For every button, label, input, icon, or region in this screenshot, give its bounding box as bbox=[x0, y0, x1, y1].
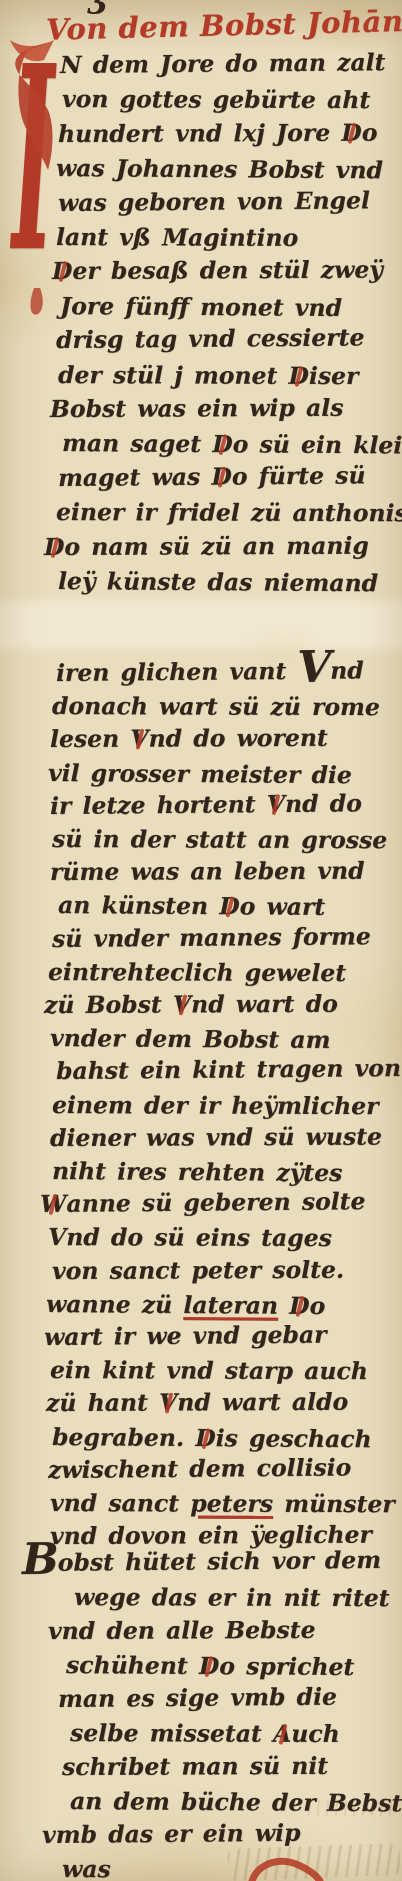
ink-bleedthrough-small bbox=[300, 1800, 395, 1816]
text-line: von gottes gebürte aht bbox=[62, 88, 370, 113]
text-line: ir letze hortent Vnd do bbox=[50, 792, 362, 818]
text-line: vnd den alle Bebste bbox=[48, 1619, 316, 1644]
text-segment: sü in der statt an grosse bbox=[52, 825, 387, 854]
text-line: leÿ künste das niemand bbox=[58, 570, 378, 596]
text-segment: niht ires rehten zÿtes bbox=[52, 1157, 343, 1187]
text-segment: nd wart aldo bbox=[177, 1388, 348, 1417]
text-segment bbox=[278, 1292, 289, 1320]
text-segment: iren glichen vant bbox=[56, 657, 298, 687]
text-segment: begraben. bbox=[52, 1423, 195, 1452]
text-segment: N dem Jore do man zalt bbox=[60, 48, 386, 79]
text-segment: Jore fünff monet vnd bbox=[60, 292, 342, 322]
text-segment: eintrehteclich gewelet bbox=[48, 958, 346, 987]
text-segment: man saget bbox=[62, 429, 212, 458]
text-segment: an künsten bbox=[58, 891, 219, 920]
text-line: selbe missetat Auch bbox=[70, 1722, 340, 1746]
text-line: wart ir we vnd gebar bbox=[44, 1324, 327, 1350]
text-segment: einem der ir heÿmlicher bbox=[52, 1091, 379, 1120]
rubricated-capital: D bbox=[341, 122, 361, 146]
text-segment: o sprichet bbox=[219, 1652, 354, 1681]
text-segment: o wart bbox=[240, 892, 326, 921]
text-segment: o bbox=[362, 119, 378, 147]
text-line: drisg tag vnd cessierte bbox=[56, 326, 365, 352]
text-line: vil grosser meister die bbox=[48, 762, 352, 788]
text-segment: anne sü geberen solte bbox=[66, 1187, 365, 1218]
rubricated-capital: V bbox=[130, 728, 148, 752]
text-segment: vnd sanct bbox=[50, 1489, 190, 1517]
text-segment: nd do worent bbox=[148, 724, 327, 753]
text-segment: donach wart sü zü rome bbox=[52, 692, 380, 721]
text-line: niht ires rehten zÿtes bbox=[52, 1160, 343, 1186]
text-segment: was Johannes Bobst vnd bbox=[56, 154, 383, 184]
text-line: bahst ein kint tragen von bbox=[56, 1057, 401, 1084]
text-segment: maget was bbox=[58, 463, 212, 492]
text-line: wege das er in nit ritet bbox=[74, 1586, 390, 1611]
text-segment: o bbox=[310, 1292, 326, 1320]
text-segment: von gottes gebürte aht bbox=[62, 85, 370, 114]
text-line: zü Bobst Vnd wart do bbox=[44, 993, 338, 1018]
text-line: eintrehteclich gewelet bbox=[48, 961, 346, 986]
rubricated-capital: V bbox=[267, 793, 285, 817]
text-segment: selbe missetat bbox=[70, 1719, 273, 1748]
text-line: was geboren von Engel bbox=[58, 189, 370, 215]
text-segment: iser bbox=[309, 362, 359, 390]
text-segment: nd do bbox=[285, 789, 362, 818]
text-line: lant vß Magintino bbox=[56, 226, 298, 250]
text-line: schribet man sü nit bbox=[62, 1755, 328, 1780]
text-line: vmb das er ein wip bbox=[42, 1822, 301, 1848]
text-line: vnder dem Bobst am bbox=[50, 1027, 331, 1052]
text-segment: hundert vnd lxj Jore bbox=[58, 119, 341, 148]
text-line: schühent Do sprichet bbox=[66, 1654, 354, 1680]
text-segment: lesen bbox=[50, 725, 130, 753]
text-segment: drisg tag vnd cessierte bbox=[56, 323, 365, 354]
text-line: iren glichen vant Vnd bbox=[56, 659, 364, 685]
text-line: von sanct peter solte. bbox=[52, 1259, 344, 1284]
rubricated-capital: V bbox=[173, 993, 191, 1017]
rubricated-capital: D bbox=[52, 260, 72, 284]
text-line: man saget Do sü ein klein bbox=[62, 432, 402, 458]
text-segment: sü vnder mannes forme bbox=[52, 922, 371, 953]
drop-initial: I bbox=[4, 38, 60, 338]
text-segment: vmb das er ein wip bbox=[42, 1819, 301, 1849]
red-underlined-word: peters bbox=[190, 1489, 273, 1517]
rubricated-capital: D bbox=[212, 433, 233, 457]
text-segment: schribet man sü nit bbox=[62, 1752, 328, 1781]
manuscript-page: ʒ Von dem Bobst Johānis I N dem Jore do … bbox=[0, 0, 402, 1881]
text-line: vnd sanct peters münster bbox=[50, 1492, 395, 1517]
text-segment: wanne zü bbox=[46, 1290, 184, 1319]
text-segment: leÿ künste das niemand bbox=[58, 567, 378, 597]
text-segment: schühent bbox=[66, 1651, 199, 1680]
rubricated-capital: D bbox=[195, 1427, 216, 1451]
text-segment: nd bbox=[330, 656, 364, 684]
text-segment: münster bbox=[273, 1490, 395, 1518]
text-line: was Johannes Bobst vnd bbox=[56, 157, 383, 183]
rubricated-capital: D bbox=[199, 1655, 220, 1679]
text-segment: man es sige vmb die bbox=[58, 1683, 337, 1713]
text-line: wanne zü lateran Do bbox=[46, 1293, 325, 1318]
text-segment: ein kint vnd starp auch bbox=[50, 1356, 368, 1385]
rubricated-capital: D bbox=[219, 895, 240, 919]
text-line: donach wart sü zü rome bbox=[52, 695, 380, 720]
text-segment: der stül j monet bbox=[58, 361, 289, 390]
rubricated-capital: A bbox=[273, 1723, 291, 1747]
red-underlined-word: lateran bbox=[183, 1291, 278, 1320]
text-line: Jore fünff monet vnd bbox=[60, 295, 342, 320]
text-line: Do nam sü zü an manig bbox=[44, 535, 369, 560]
text-line: vnd dovon ein ÿeglicher bbox=[50, 1524, 372, 1549]
text-segment: er besaß den stül zweÿ bbox=[72, 256, 383, 285]
text-segment: o sü ein klein bbox=[233, 430, 402, 459]
text-segment: rüme was an leben vnd bbox=[50, 857, 365, 886]
text-line: hundert vnd lxj Jore Do bbox=[58, 122, 378, 147]
rubricated-capital: W bbox=[40, 1193, 67, 1217]
text-segment: was geboren von Engel bbox=[58, 186, 370, 217]
text-line: ein kint vnd starp auch bbox=[50, 1359, 368, 1384]
text-line: Der besaß den stül zweÿ bbox=[52, 259, 383, 284]
text-segment: o fürte sü bbox=[232, 461, 366, 490]
text-segment: was bbox=[62, 1855, 111, 1881]
drop-initial-pennant-flourish bbox=[4, 38, 60, 338]
text-line: maget was Do fürte sü bbox=[58, 464, 366, 490]
text-segment: diener was vnd sü wuste bbox=[50, 1123, 382, 1152]
text-segment: einer ir fridel zü anthonis bbox=[56, 498, 402, 527]
text-line: lesen Vnd do worent bbox=[50, 727, 328, 752]
text-line: N dem Jore do man zalt bbox=[60, 51, 386, 77]
text-segment: wege das er in nit ritet bbox=[74, 1583, 390, 1612]
text-segment: von sanct peter solte. bbox=[52, 1256, 344, 1285]
text-segment: uch bbox=[291, 1720, 340, 1748]
text-segment: lant vß Magintino bbox=[56, 223, 298, 252]
text-line: der stül j monet Diser bbox=[58, 364, 359, 389]
text-line: begraben. Dis geschach bbox=[52, 1426, 372, 1452]
text-line: sü vnder mannes forme bbox=[52, 925, 371, 951]
text-line: an künsten Do wart bbox=[58, 894, 325, 919]
text-line: Bobst hütet sich vor dem bbox=[22, 1549, 381, 1576]
text-line: einer ir fridel zü anthonis bbox=[56, 501, 402, 526]
text-line: zü hant Vnd wart aldo bbox=[46, 1391, 348, 1416]
text-line: rüme was an leben vnd bbox=[50, 860, 365, 885]
text-segment: wart ir we vnd gebar bbox=[44, 1321, 327, 1351]
text-line: Wanne sü geberen solte bbox=[40, 1190, 366, 1216]
text-segment: vnder dem Bobst am bbox=[50, 1024, 331, 1054]
cropped-red-initial-bottom-fragment bbox=[248, 1856, 330, 1881]
rubricated-capital: D bbox=[288, 365, 308, 389]
rubricated-capital: D bbox=[289, 1295, 310, 1319]
text-segment: is geschach bbox=[216, 1424, 372, 1453]
rubricated-capital: D bbox=[211, 465, 232, 489]
text-line: was bbox=[62, 1858, 111, 1881]
text-line: man es sige vmb die bbox=[58, 1686, 337, 1712]
text-line: zwischent dem collisio bbox=[48, 1456, 351, 1482]
text-segment: nd wart do bbox=[191, 990, 338, 1019]
text-line: einem der ir heÿmlicher bbox=[52, 1094, 379, 1119]
text-segment: o nam sü zü an manig bbox=[64, 532, 368, 561]
text-segment: ir letze hortent bbox=[50, 790, 267, 820]
text-line: sü in der statt an grosse bbox=[52, 828, 387, 853]
text-segment: bahst ein kint tragen von bbox=[56, 1054, 401, 1085]
text-line: Vnd do sü eins tages bbox=[48, 1226, 332, 1250]
text-segment: vil grosser meister die bbox=[48, 759, 352, 789]
text-line: Bobst was ein wip als bbox=[50, 397, 344, 422]
text-segment: zü hant bbox=[46, 1389, 159, 1417]
text-segment: vnd den alle Bebste bbox=[48, 1616, 316, 1645]
rubricated-capital: D bbox=[44, 536, 64, 560]
text-segment: obst hütet sich vor dem bbox=[58, 1546, 381, 1577]
rubricated-capital: V bbox=[159, 1391, 177, 1415]
text-segment: zwischent dem collisio bbox=[48, 1453, 351, 1484]
text-segment: Vnd do sü eins tages bbox=[48, 1223, 332, 1252]
text-segment: Bobst was ein wip als bbox=[50, 394, 344, 423]
text-segment: zü Bobst bbox=[44, 990, 173, 1019]
text-line: diener was vnd sü wuste bbox=[50, 1126, 382, 1151]
